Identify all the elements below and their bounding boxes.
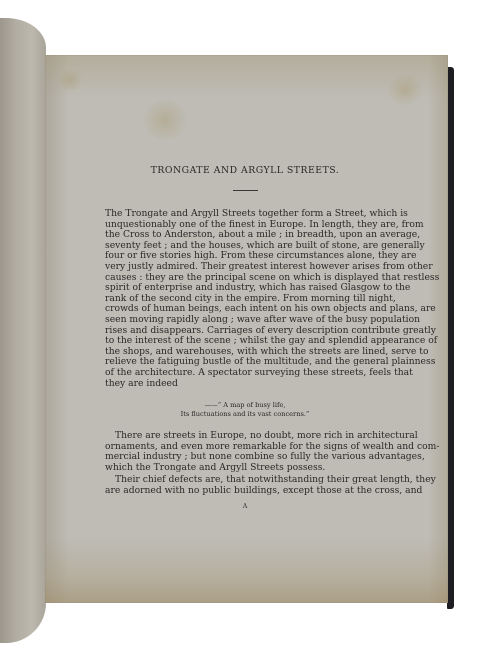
book-cover-edge [447, 67, 454, 609]
paragraph-2: There are streets in Europe, no doubt, m… [105, 431, 385, 473]
paragraph-1: The Trongate and Argyll Streets together… [105, 209, 385, 389]
text-line: very justly admired. Their greatest inte… [105, 262, 385, 273]
quote-line: ——“ A map of busy life, [105, 401, 385, 410]
text-line: which the Trongate and Argyll Streets po… [105, 463, 385, 474]
quotation: ——“ A map of busy life, Its fluctuations… [105, 401, 385, 419]
text-line: are adorned with no public buildings, ex… [105, 486, 385, 497]
signature-mark: A [105, 503, 385, 510]
quote-line: Its fluctuations and its vast concerns.” [105, 410, 385, 419]
page-text: TRONGATE AND ARGYLL STREETS. The Trongat… [105, 165, 385, 510]
left-page-curl [0, 18, 46, 643]
text-line: of the architecture. A spectator surveyi… [105, 368, 385, 379]
book-page: TRONGATE AND ARGYLL STREETS. The Trongat… [45, 55, 448, 603]
text-line: seen moving rapidly along ; wave after w… [105, 315, 385, 326]
chapter-title: TRONGATE AND ARGYLL STREETS. [105, 165, 385, 176]
book-photo: TRONGATE AND ARGYLL STREETS. The Trongat… [0, 0, 500, 663]
text-line: The Trongate and Argyll Streets together… [105, 209, 385, 220]
text-line: they are indeed [105, 379, 385, 390]
title-rule [233, 190, 258, 191]
foxing-stain [385, 75, 425, 105]
foxing-stain [140, 100, 190, 140]
paragraph-3: Their chief defects are, that notwithsta… [105, 475, 385, 496]
foxing-stain [55, 70, 85, 90]
